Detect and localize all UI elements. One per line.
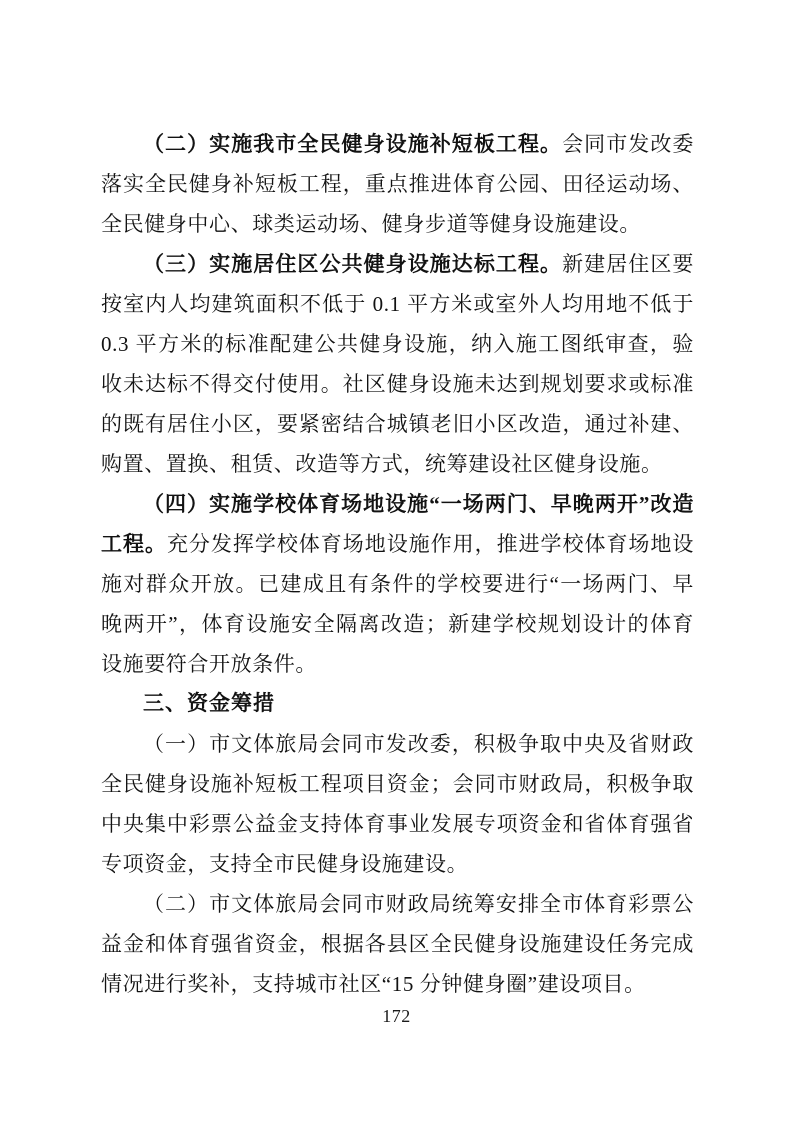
section-heading-funding: 三、资金筹措 <box>101 684 694 724</box>
paragraph-text-4: 充分发挥学校体育场地设施作用，推进学校体育场地设施对群众开放。已建成且有条件的学… <box>101 532 694 676</box>
paragraph-text-3: 新建居住区要按室内人均建筑面积不低于 0.1 平方米或室外人均用地不低于 0.3… <box>101 252 694 476</box>
paragraph-school-renovation: （四）实施学校体育场地设施“一场两门、早晚两开”改造工程。充分发挥学校体育场地设… <box>101 484 694 684</box>
paragraph-residential-standard: （三）实施居住区公共健身设施达标工程。新建居住区要按室内人均建筑面积不低于 0.… <box>101 244 694 484</box>
paragraph-funding-2: （二）市文体旅局会同市财政局统筹安排全市体育彩票公益金和体育强省资金，根据各县区… <box>101 884 694 1004</box>
paragraph-funding-text-2: （二）市文体旅局会同市财政局统筹安排全市体育彩票公益金和体育强省资金，根据各县区… <box>101 892 694 996</box>
paragraph-facilities-shortboard: （二）实施我市全民健身设施补短板工程。会同市发改委落实全民健身补短板工程，重点推… <box>101 124 694 244</box>
paragraph-funding-text-1: （一）市文体旅局会同市发改委，积极争取中央及省财政全民健身设施补短板工程项目资金… <box>101 732 694 876</box>
paragraph-lead-3: （三）实施居住区公共健身设施达标工程。 <box>143 252 562 276</box>
document-page: { "page": { "number": "172" }, "document… <box>0 0 793 1122</box>
paragraph-funding-1: （一）市文体旅局会同市发改委，积极争取中央及省财政全民健身设施补短板工程项目资金… <box>101 724 694 884</box>
paragraph-lead-2: （二）实施我市全民健身设施补短板工程。 <box>143 132 562 156</box>
document-body: （二）实施我市全民健身设施补短板工程。会同市发改委落实全民健身补短板工程，重点推… <box>101 124 694 1004</box>
page-number: 172 <box>0 1005 793 1027</box>
page: （二）实施我市全民健身设施补短板工程。会同市发改委落实全民健身补短板工程，重点推… <box>0 0 793 1122</box>
